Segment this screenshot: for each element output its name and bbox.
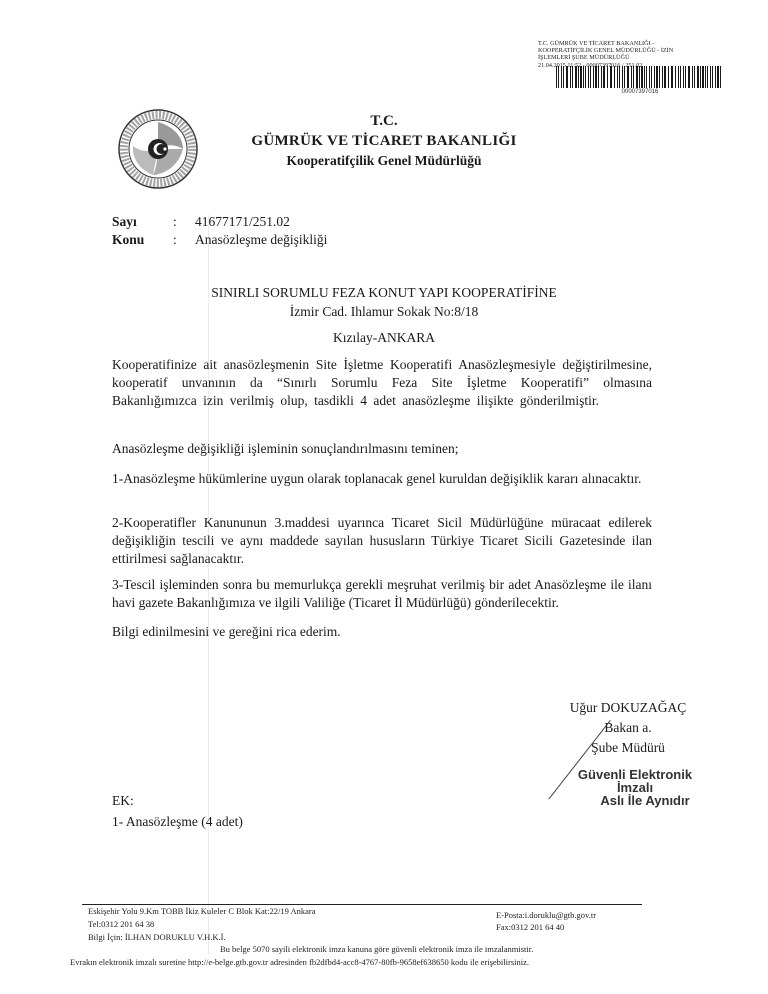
footer-address: Eskişehir Yolu 9.Km TOBB İkiz Kuleler C … bbox=[88, 906, 316, 917]
body-paragraph-1: Kooperatifinize ait anasözleşmenin Site … bbox=[112, 356, 652, 410]
footer-fax: Fax:0312 201 64 40 bbox=[496, 922, 564, 933]
barcode-number: 00007397016 bbox=[556, 89, 724, 95]
body-paragraph-2: Anasözleşme değişikliği işleminin sonuçl… bbox=[112, 440, 652, 458]
barcode-icon bbox=[556, 66, 724, 88]
footer-notice-2: Evrakın elektronik imzalı suretine http:… bbox=[70, 957, 529, 968]
footer-email: E-Posta:i.doruklu@gtb.gov.tr bbox=[496, 910, 596, 921]
header-directorate: Kooperatifçilik Genel Müdürlüğü bbox=[0, 153, 768, 169]
attachment-item-1: 1- Anasözleşme (4 adet) bbox=[112, 813, 243, 831]
konu-label: Konu bbox=[112, 232, 144, 248]
header-ministry: GÜMRÜK VE TİCARET BAKANLIĞI bbox=[0, 133, 768, 150]
footer-notice-1: Bu belge 5070 sayili elektronik imza kan… bbox=[220, 944, 533, 955]
signatory-title-2: Şube Müdürü bbox=[530, 738, 726, 758]
registry-stamp: T.C. GÜMRÜK VE TİCARET BAKANLIĞI - KOOPE… bbox=[538, 40, 748, 69]
konu-colon: : bbox=[173, 232, 177, 248]
closing-line: Bilgi edinilmesini ve gereğini rica eder… bbox=[112, 623, 652, 641]
header-tc: T.C. bbox=[0, 113, 768, 130]
recipient-city: Kızılay-ANKARA bbox=[0, 330, 768, 346]
signatory-name: Uğur DOKUZAĞAÇ bbox=[530, 698, 726, 718]
attachments-label: EK: bbox=[112, 792, 134, 810]
footer-divider bbox=[82, 904, 642, 905]
sayi-value: 41677171/251.02 bbox=[195, 214, 290, 230]
sayi-colon: : bbox=[173, 214, 177, 230]
recipient-address: İzmir Cad. Ihlamur Sokak No:8/18 bbox=[0, 304, 768, 320]
sayi-label: Sayı bbox=[112, 214, 137, 230]
instruction-item-3: 3-Tescil işleminden sonra bu memurlukça … bbox=[112, 576, 652, 612]
footer-tel: Tel:0312 201 64 38 bbox=[88, 919, 154, 930]
stamp-line: İŞLEMLERİ ŞUBE MÜDÜRLÜĞÜ bbox=[538, 54, 748, 61]
recipient-name: SINIRLI SORUMLU FEZA KONUT YAPI KOOPERAT… bbox=[0, 285, 768, 301]
konu-value: Anasözleşme değişikliği bbox=[195, 232, 327, 248]
e-signature-stamp: Güvenli Elektronik İmzalı Aslı İle Aynıd… bbox=[560, 768, 710, 807]
e-signature-line-1: Güvenli Elektronik İmzalı bbox=[560, 768, 710, 794]
instruction-item-1: 1-Anasözleşme hükümlerine uygun olarak t… bbox=[112, 470, 652, 488]
e-signature-line-2: Aslı İle Aynıdır bbox=[560, 794, 710, 807]
signatory-title-1: Bakan a. bbox=[530, 718, 726, 738]
instruction-item-2: 2-Kooperatifler Kanununun 3.maddesi uyar… bbox=[112, 514, 652, 568]
footer-contact: Bilgi İçin: İLHAN DORUKLU V.H.K.İ. bbox=[88, 932, 226, 943]
